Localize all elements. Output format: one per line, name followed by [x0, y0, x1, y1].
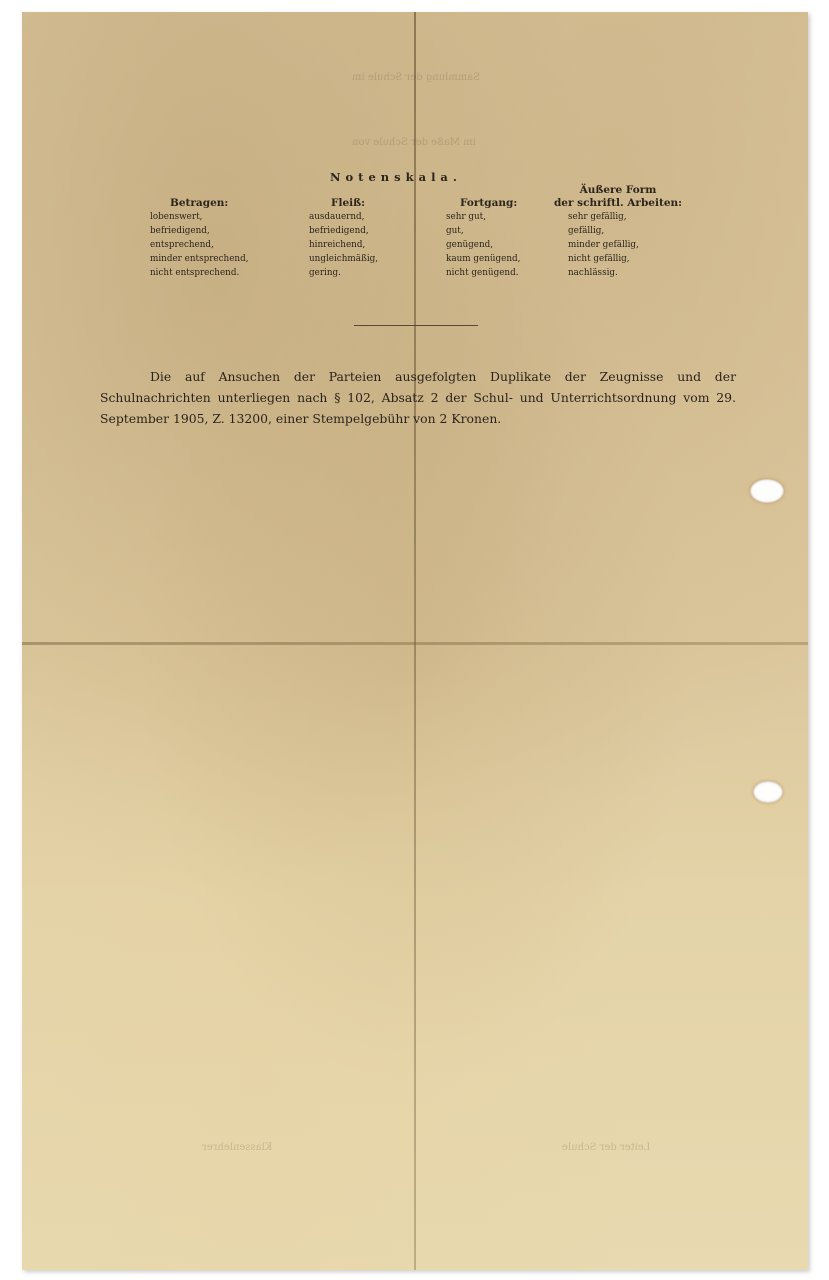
scale-column-diligence: Fleiß: ausdauernd, befriedigend, hinreic…	[309, 197, 399, 280]
column-heading: der schriftl. Arbeiten:	[548, 197, 688, 210]
column-heading: Betragen:	[150, 197, 270, 210]
punch-hole	[750, 479, 784, 503]
grade-item: nachlässig.	[548, 266, 688, 280]
grade-item: befriedigend,	[309, 224, 399, 238]
grading-scale-title: Noten­skala.	[330, 170, 462, 184]
scale-column-written-form: Äußere Form der schriftl. Arbeiten: sehr…	[548, 184, 688, 280]
separator-rule	[354, 325, 478, 326]
grade-item: nicht entsprechend.	[150, 266, 270, 280]
notice-paragraph: Die auf Ansuchen der Parteien ausgefolgt…	[100, 366, 736, 429]
stamp-duty-notice: Die auf Ansuchen der Parteien ausgefolgt…	[100, 366, 736, 429]
grade-item: sehr gefällig,	[548, 210, 688, 224]
grade-item: genügend,	[446, 238, 541, 252]
grade-item: kaum genügend,	[446, 252, 541, 266]
vertical-fold	[414, 12, 416, 1270]
grade-item: befriedigend,	[150, 224, 270, 238]
grade-item: nicht genügend.	[446, 266, 541, 280]
grade-item: gering.	[309, 266, 399, 280]
grade-item: entsprechend,	[150, 238, 270, 252]
grade-item: lobenswert,	[150, 210, 270, 224]
grade-item: hinreichend,	[309, 238, 399, 252]
document-page: Sammlung der Schule im im Maße der Schul…	[22, 12, 808, 1270]
bleed-through-text: im Maße der Schule von	[352, 137, 476, 148]
grade-item: minder entsprechend,	[150, 252, 270, 266]
bleed-through-text: Sammlung der Schule im	[352, 72, 480, 83]
grade-item: ausdauernd,	[309, 210, 399, 224]
grade-item: gut,	[446, 224, 541, 238]
scale-column-progress: Fortgang: sehr gut, gut, genügend, kaum …	[446, 197, 541, 280]
column-heading: Fleiß:	[309, 197, 399, 210]
punch-hole	[753, 781, 783, 803]
grade-item: nicht gefällig,	[548, 252, 688, 266]
grade-item: sehr gut,	[446, 210, 541, 224]
grade-item: gefällig,	[548, 224, 688, 238]
column-heading-line1: Äußere Form	[548, 184, 688, 197]
column-heading: Fortgang:	[446, 197, 541, 210]
horizontal-fold	[22, 642, 808, 645]
grade-item: minder gefällig,	[548, 238, 688, 252]
bleed-through-text: Leiter der Schule	[562, 1142, 650, 1153]
grade-item: ungleichmäßig,	[309, 252, 399, 266]
bleed-through-text: Klassenlehrer	[202, 1142, 272, 1153]
scale-column-conduct: Betragen: lobenswert, befriedigend, ents…	[150, 197, 270, 280]
